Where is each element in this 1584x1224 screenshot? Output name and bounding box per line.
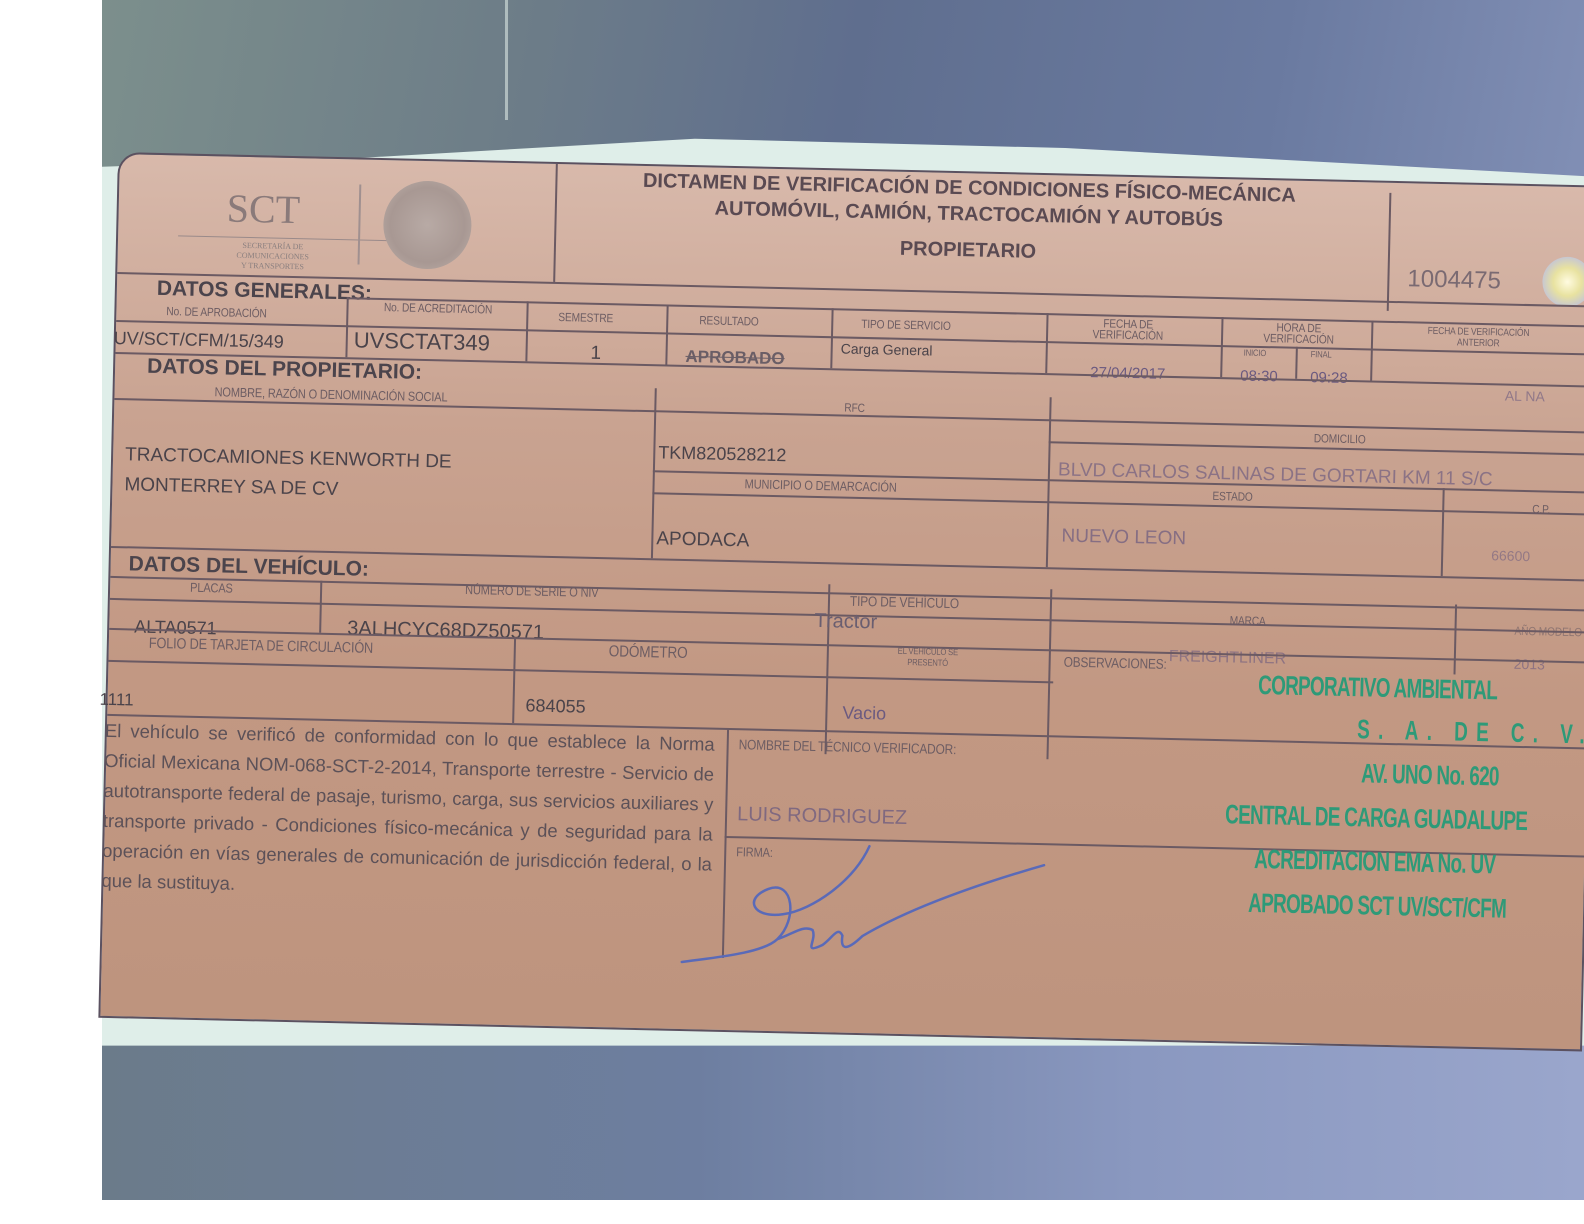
logo-divider: [358, 184, 362, 264]
stamp-line-3: AV. UNO No. 620: [1361, 758, 1499, 792]
value-nombre-line-1: TRACTOCAMIONES KENWORTH DE: [125, 444, 452, 473]
stamp-line-4: CENTRAL DE CARGA GUADALUPE: [1225, 799, 1528, 837]
value-cp: 66600: [1491, 547, 1530, 564]
header-hora-verificacion: HORA DE VERIFICACIÓN: [1256, 322, 1341, 346]
hologram-seal-icon: [1542, 256, 1584, 307]
header-estado: ESTADO: [1212, 489, 1252, 504]
header-no-acreditacion: No. DE ACREDITACIÓN: [378, 302, 497, 316]
value-semestre: 1: [590, 343, 601, 365]
rule: [1046, 397, 1052, 567]
value-anio: 2013: [1514, 656, 1546, 673]
rule: [1046, 589, 1052, 759]
value-tipo-vehiculo: Tractor: [814, 610, 877, 634]
stamp-line-2: S. A. DE C. V.: [1357, 714, 1584, 750]
header-divider: [553, 164, 558, 282]
logo-rule: [178, 235, 388, 241]
value-no-acreditacion: UVSCTAT349: [353, 327, 490, 356]
surface-crease: [505, 0, 508, 120]
sct-logo: SCT: [226, 184, 300, 233]
value-presento: Vacio: [842, 703, 886, 725]
value-no-aprobacion: UV/SCT/CFM/15/349: [114, 328, 284, 353]
folio-divider: [1387, 193, 1392, 311]
rule: [319, 581, 322, 633]
document-subtitle: PROPIETARIO: [558, 230, 1378, 272]
rule: [1441, 488, 1445, 576]
rule: [512, 637, 516, 723]
national-seal-icon: [382, 180, 472, 270]
value-tipo-servicio: Carga General: [841, 340, 933, 358]
rule: [1453, 604, 1457, 674]
folio-number: 1004475: [1407, 265, 1501, 295]
value-estado: NUEVO LEON: [1061, 526, 1186, 551]
header-resultado: RESULTADO: [699, 313, 759, 328]
stamp-line-1: CORPORATIVO AMBIENTAL: [1258, 670, 1498, 706]
rule: [1295, 347, 1298, 379]
header-placas: PLACAS: [190, 580, 233, 596]
legal-notice: El vehículo se verificó de conformidad c…: [101, 716, 715, 910]
header-hora-final: FINAL: [1311, 349, 1332, 359]
header-odometro: ODÓMETRO: [609, 643, 688, 663]
scanned-background-bottom: [102, 1040, 1584, 1200]
logo-subtitle-line: Y TRANSPORTES: [217, 260, 327, 272]
value-municipio: APODACA: [656, 528, 749, 552]
header-tipo-servicio: TIPO DE SERVICIO: [861, 317, 951, 333]
value-marca: FREIGHTLINER: [1169, 648, 1287, 669]
stamp-line-5: ACREDITACION EMA No. UV: [1254, 844, 1496, 880]
stamp-line-6: APROBADO SCT UV/SCT/CFM: [1248, 888, 1507, 925]
header-domicilio: DOMICILIO: [1314, 431, 1366, 446]
header-no-aprobacion: No. DE APROBACIÓN: [166, 304, 267, 320]
sct-logo-subtitle: SECRETARÍA DE COMUNICACIONES Y TRANSPORT…: [217, 240, 328, 272]
value-odometro: 684055: [525, 695, 586, 717]
header-fecha-verificacion: FECHA DE VERIFICACIÓN: [1081, 318, 1175, 342]
value-hora-final: 09:28: [1310, 369, 1348, 387]
value-folio-tarjeta: 1111: [99, 690, 133, 711]
header-rfc: RFC: [844, 401, 865, 415]
value-hora-inicio: 08:30: [1240, 368, 1278, 386]
section-datos-propietario: DATOS DEL PROPIETARIO:: [147, 355, 422, 385]
section-datos-generales: DATOS GENERALES:: [157, 277, 373, 306]
header-tipo-vehiculo: TIPO DE VEHÍCULO: [850, 593, 959, 611]
header-hora-inicio: INICIO: [1244, 348, 1267, 359]
value-rfc: TKM820528212: [658, 442, 787, 466]
header-municipio: MUNICIPIO O DEMARCACIÓN: [744, 476, 896, 494]
value-nombre-line-2: MONTERREY SA DE CV: [124, 474, 338, 501]
rule: [110, 576, 1584, 612]
value-tecnico-name: LUIS RODRIGUEZ: [737, 803, 908, 830]
header-presento: EL VEHÍCULO SE PRESENTÓ: [893, 646, 961, 670]
value-domicilio: BLVD CARLOS SALINAS DE GORTARI KM 11 S/C: [1058, 459, 1493, 491]
value-fecha-anterior: AL NA: [1505, 388, 1545, 405]
verification-certificate: SCT SECRETARÍA DE COMUNICACIONES Y TRANS…: [98, 152, 1584, 1051]
header-tecnico: NOMBRE DEL TÉCNICO VERIFICADOR:: [739, 736, 957, 757]
header-serie: NÚMERO DE SERIE O NIV: [465, 582, 599, 600]
header-fecha-anterior: FECHA DE VERIFICACIÓN ANTERIOR: [1406, 325, 1551, 350]
header-semestre: SEMESTRE: [558, 310, 613, 325]
header-observaciones: OBSERVACIONES:: [1064, 654, 1167, 672]
header-folio-tarjeta: FOLIO DE TARJETA DE CIRCULACIÓN: [149, 635, 374, 657]
signature-icon: [672, 837, 1055, 976]
